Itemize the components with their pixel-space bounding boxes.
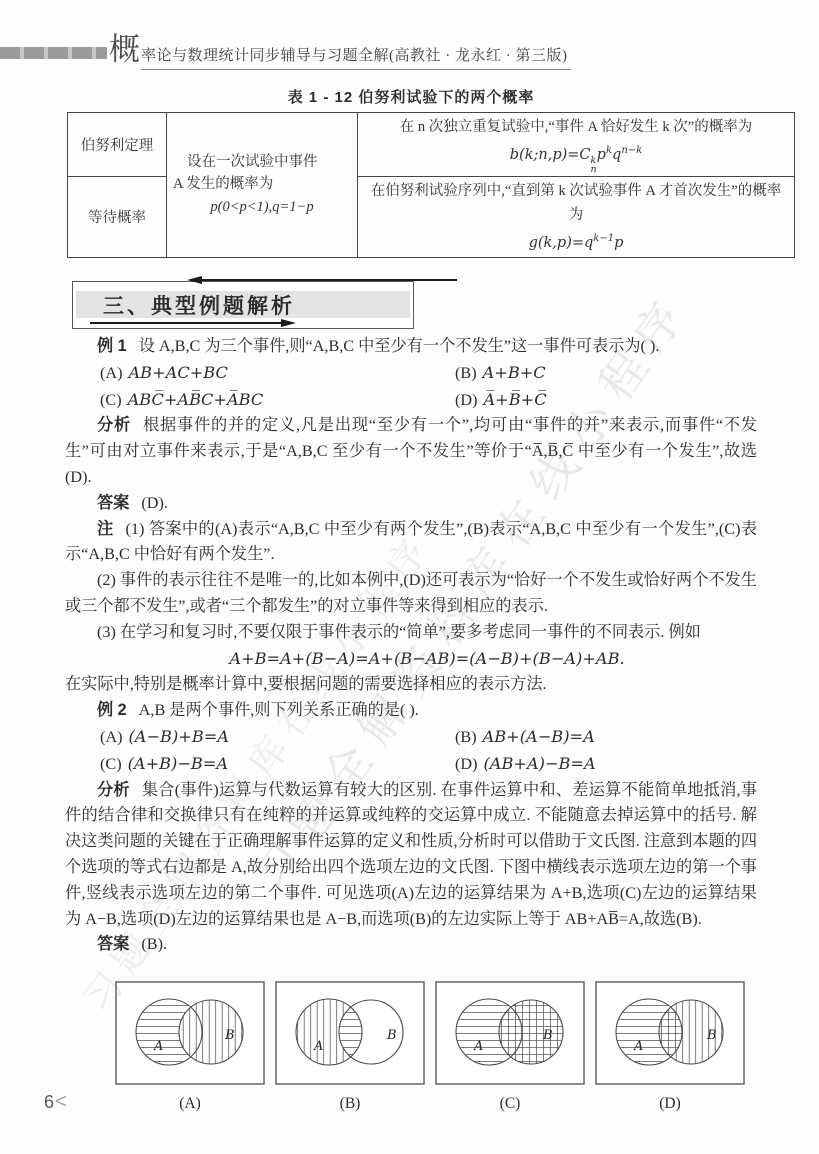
example1-note2: (2) 事件的表示往往不是唯一的,比如本例中,(D)还可表示为“恰好一个不发生或…	[65, 568, 757, 620]
row1-text: 在 n 次独立重复试验中,“事件 A 恰好发生 k 次”的概率为	[364, 115, 788, 139]
option-B: (B)A+B+C	[455, 360, 546, 387]
label-B: B	[542, 1028, 553, 1043]
option-D: (D)A̅+B̅+C̅	[455, 387, 547, 414]
option-C: (C)(A+B)−B=A	[100, 751, 455, 778]
header-title: 率论与数理统计同步辅导与习题全解(高教社 · 龙永红 · 第三版)	[141, 44, 571, 70]
example1-question: 例 1设 A,B,C 为三个事件,则“A,B,C 中至少有一个不发生”这一事件可…	[65, 334, 757, 360]
venn-diagram-C: A B (C)	[435, 981, 585, 1113]
venn-diagrams-row: A B (A) A B (B)	[115, 981, 745, 1113]
example2-label: 例 2	[97, 701, 127, 719]
label-B: B	[386, 1028, 397, 1043]
table-caption: 表 1 - 12 伯努利试验下的两个概率	[67, 86, 755, 107]
shared-line2: A 发生的概率为	[173, 173, 351, 195]
option-B: (B)AB+(A−B)=A	[455, 724, 595, 751]
example2-answer: 答案(B).	[65, 932, 757, 958]
row2-text: 在伯努利试验序列中,“直到第 k 次试验事件 A 才首次发生”的概率为	[364, 179, 788, 227]
table-cell-row1-content: 在 n 次独立重复试验中,“事件 A 恰好发生 k 次”的概率为 b(k;n,p…	[358, 113, 795, 177]
example2-options-row1: (A)(A−B)+B=A (B)AB+(A−B)=A	[65, 724, 757, 751]
shared-line1: 设在一次试验中事件	[173, 151, 351, 173]
left-arrowhead-icon	[187, 276, 202, 284]
top-arrow-line	[201, 279, 457, 281]
page-number: 6<	[44, 1090, 67, 1114]
option-D: (D)(AB+A)−B=A	[455, 751, 596, 778]
example1-analysis: 分析根据事件的并的定义,凡是出现“至少有一个”,均可由“事件的并”来表示,而事件…	[65, 413, 757, 490]
header-big-char: 概	[109, 34, 140, 65]
label-A: A	[313, 1039, 323, 1054]
row2-formula: g(k,p)=qk−1p	[364, 227, 788, 255]
right-arrowhead-icon	[281, 319, 296, 327]
option-A: (A)AB+AC+BC	[100, 360, 455, 387]
label-A: A	[633, 1039, 643, 1054]
example1-options-row2: (C)ABC̅+AB̅C+A̅BC (D)A̅+B̅+C̅	[65, 387, 757, 414]
venn-caption: (B)	[275, 1095, 425, 1113]
label-B: B	[706, 1028, 717, 1043]
example1-label: 例 1	[97, 337, 127, 355]
venn-diagram-B: A B (B)	[275, 981, 425, 1113]
example2-analysis: 分析集合(事件)运算与代数运算有较大的区别. 在事件运算中和、差运算不能简单地抵…	[65, 778, 757, 933]
table-cell-row1-label: 伯努利定理	[68, 113, 167, 177]
example2-options-row2: (C)(A+B)−B=A (D)(AB+A)−B=A	[65, 751, 757, 778]
table-cell-shared: 设在一次试验中事件 A 发生的概率为 p(0<p<1),q=1−p	[167, 113, 358, 258]
row1-formula: b(k;n,p)=Cknpkqn−k	[364, 139, 788, 174]
section-title: 三、典型例题解析	[103, 290, 295, 320]
venn-caption: (D)	[595, 1095, 745, 1113]
venn-diagram-A: A B (A)	[115, 981, 265, 1113]
header-bar	[0, 47, 107, 59]
table-cell-row2-content: 在伯努利试验序列中,“直到第 k 次试验事件 A 才首次发生”的概率为 g(k,…	[358, 176, 795, 257]
example1-note1: 注(1) 答案中的(A)表示“A,B,C 中至少有两个发生”,(B)表示“A,B…	[65, 517, 757, 569]
page-mark: <	[55, 1090, 67, 1113]
bottom-arrow-line	[90, 322, 282, 324]
example1-note-tail: 在实际中,特别是概率计算中,要根据问题的需要选择相应的表示方法.	[65, 672, 757, 698]
label-A: A	[153, 1039, 163, 1054]
book-page: 概 率论与数理统计同步辅导与习题全解(高教社 · 龙永红 · 第三版) 习题全解…	[0, 0, 819, 1154]
venn-caption: (A)	[115, 1095, 265, 1113]
shared-line3: p(0<p<1),q=1−p	[173, 195, 351, 219]
label-B: B	[224, 1028, 235, 1043]
venn-diagram-D: A B (D)	[595, 981, 745, 1113]
body-text: 例 1设 A,B,C 为三个事件,则“A,B,C 中至少有一个不发生”这一事件可…	[65, 334, 757, 958]
bernoulli-table: 伯努利定理 设在一次试验中事件 A 发生的概率为 p(0<p<1),q=1−p …	[67, 112, 795, 258]
example1-options-row1: (A)AB+AC+BC (B)A+B+C	[65, 360, 757, 387]
example1-note-formula: A+B=A+(B−A)=A+(B−AB)=(A−B)+(B−A)+AB.	[65, 646, 757, 673]
example1-answer: 答案(D).	[65, 491, 757, 517]
label-A: A	[473, 1039, 483, 1054]
table-cell-row2-label: 等待概率	[68, 176, 167, 257]
example1-note3: (3) 在学习和复习时,不要仅限于事件表示的“简单”,要多考虑同一事件的不同表示…	[65, 620, 757, 646]
option-A: (A)(A−B)+B=A	[100, 724, 455, 751]
option-C: (C)ABC̅+AB̅C+A̅BC	[100, 387, 455, 414]
venn-caption: (C)	[435, 1095, 585, 1113]
example2-question: 例 2A,B 是两个事件,则下列关系正确的是( ).	[65, 698, 757, 724]
